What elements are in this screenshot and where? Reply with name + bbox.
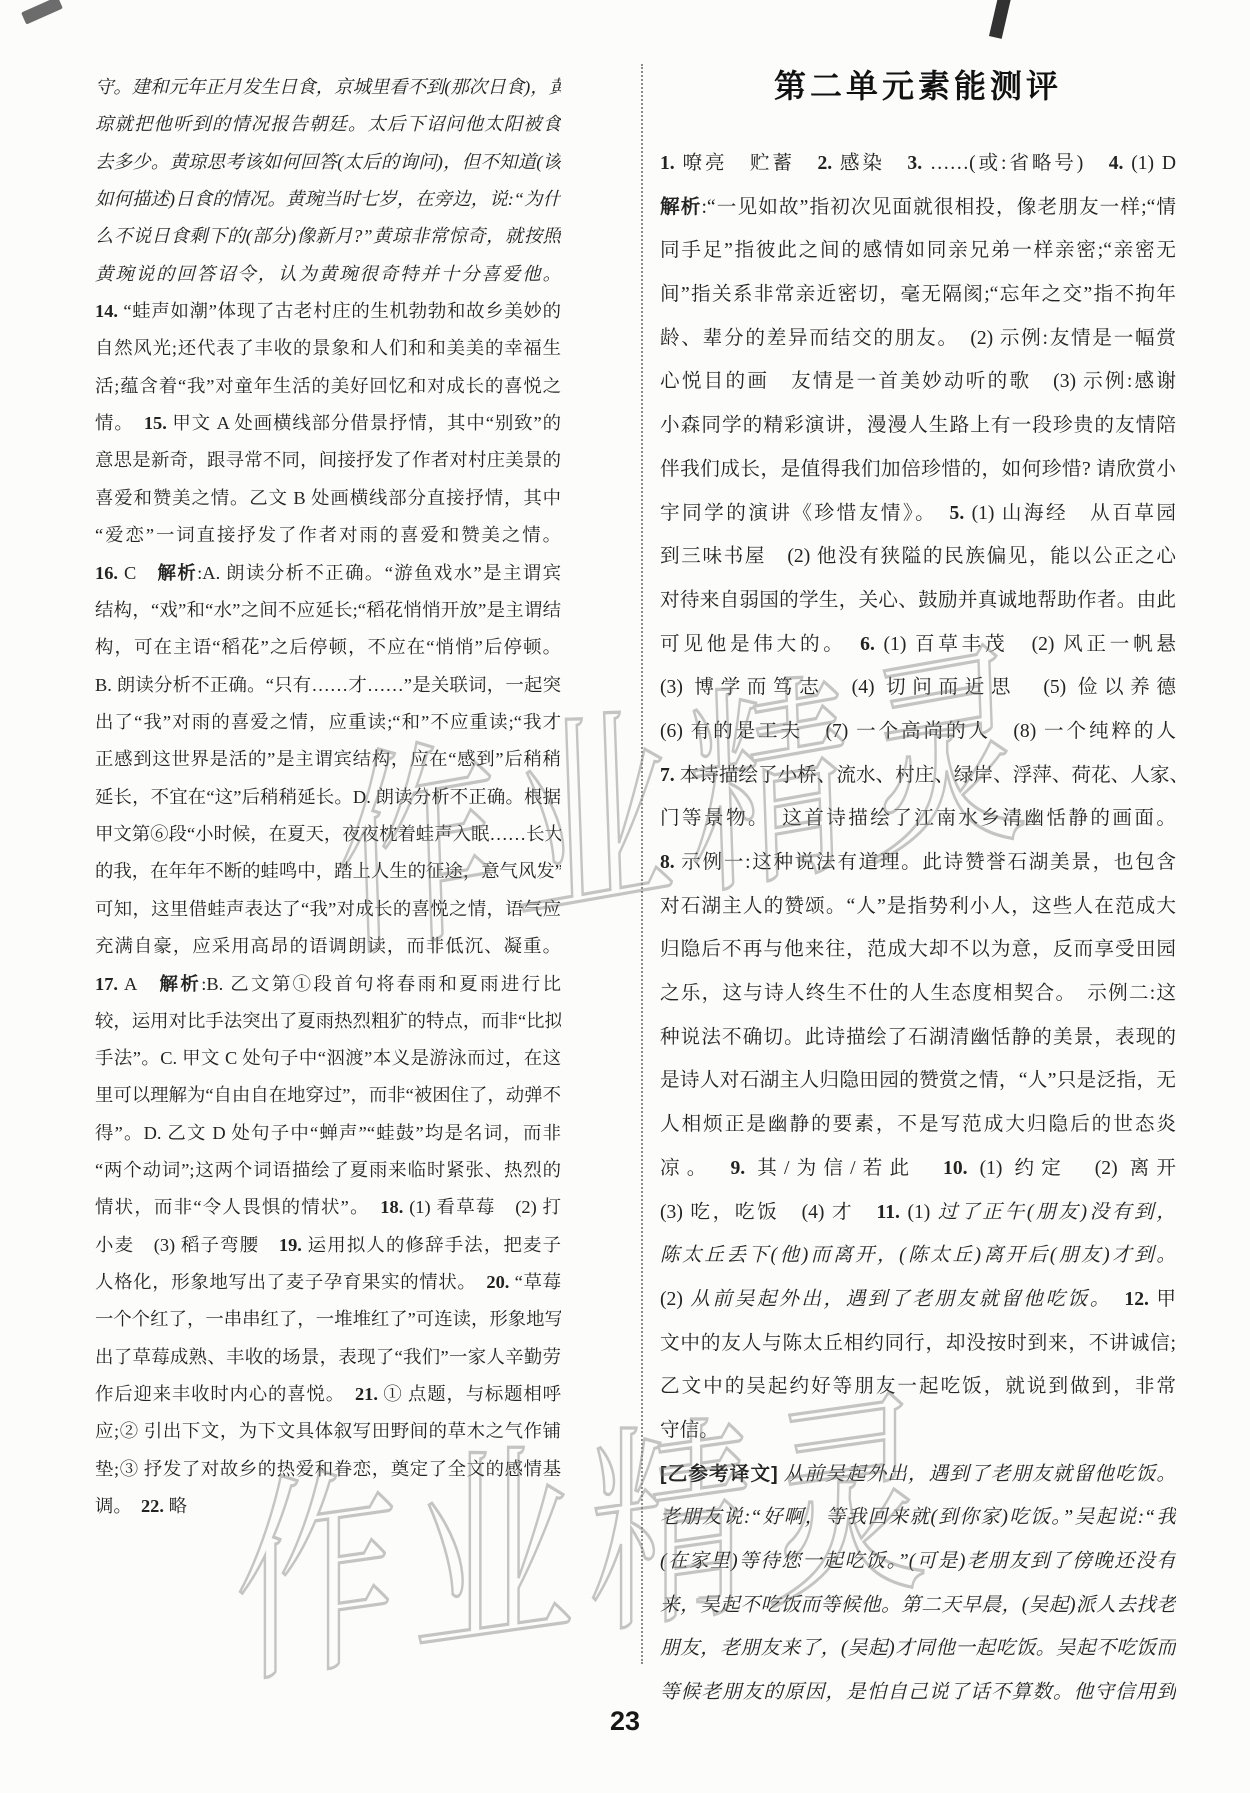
- text-segment: 对石湖主人的赞颂。“人”是指势利小人，这些人在范成大: [660, 896, 1176, 917]
- text-line: 出了草莓成熟、丰收的场景，表现了“我们”一家人辛勤劳: [95, 1339, 561, 1376]
- text-line: 应;② 引出下文，为下文具体叙写田野间的草木之气作铺: [95, 1413, 561, 1450]
- text-segment: 是诗人对石湖主人归隐田园的赞赏之情，“人”只是泛指，无: [660, 1070, 1176, 1091]
- text-segment: 小麦 (3) 稻子弯腰: [95, 1235, 279, 1255]
- text-line: 喜爱和赞美之情。乙文 B 处画横线部分直接抒情，其中: [95, 480, 561, 517]
- text-line: 作后迎来丰收时内心的喜悦。 21. ① 点题，与标题相呼: [95, 1376, 561, 1413]
- text-segment: 22.: [141, 1496, 164, 1516]
- text-segment: 从前吴起外出，遇到了老朋友就留他吃饭。: [784, 1464, 1176, 1485]
- text-segment: 对待来自弱国的学生，关心、鼓励并真诚地帮助作者。由此: [660, 590, 1176, 611]
- text-line: (3) 吃，吃饭 (4) 才 11. (1) 过了正午(朋友)没有到，: [660, 1191, 1176, 1235]
- text-segment: 如何描述)日食的情况。黄琬当时七岁，在旁边，说:“为什: [95, 189, 561, 209]
- text-segment: 12.: [1124, 1289, 1149, 1310]
- text-segment: 应;② 引出下文，为下文具体叙写田野间的草木之气作铺: [95, 1421, 561, 1441]
- text-line: 充满自豪，应采用高昂的语调朗读，而非低沉、凝重。: [95, 928, 561, 965]
- text-segment: 情状，而非“令人畏惧的情状”。: [95, 1197, 380, 1217]
- right-column-lines: 1. 嘹亮 贮蓄 2. 感染 3. ……(或:省略号) 4. (1) D解析:“…: [660, 142, 1176, 1715]
- text-line: 来，吴起不吃饭而等候他。第二天早晨，(吴起)派人去找老: [660, 1584, 1176, 1628]
- text-line: 意思是新奇，跟寻常不同，间接抒发了作者对村庄美景的: [95, 442, 561, 479]
- text-segment: (2): [660, 1289, 690, 1310]
- text-segment: (1) D: [1123, 153, 1176, 174]
- text-segment: A: [118, 974, 160, 994]
- text-segment: 7.: [660, 765, 675, 786]
- text-segment: 19.: [279, 1235, 302, 1255]
- text-segment: 延长，不宜在“这”后稍稍延长。D. 朗读分析不正确。根据: [95, 787, 561, 807]
- text-segment: 去多少。黄琼思考该如何回答(太后的询问)，但不知道(该: [95, 152, 561, 172]
- text-segment: 的我，在年年不断的蛙鸣中，踏上人生的征途，意气风发”: [95, 861, 561, 881]
- text-line: 凉。 9. 其/为信/若此 10. (1) 约定 (2) 离开: [660, 1147, 1176, 1191]
- text-segment: 守信。: [660, 1420, 719, 1441]
- text-line: 琼就把他听到的情况报告朝廷。太后下诏问他太阳被食: [95, 106, 561, 143]
- text-segment: 出了草莓成熟、丰收的场景，表现了“我们”一家人辛勤劳: [95, 1347, 561, 1367]
- text-segment: 间”指关系非常亲近密切，毫无隔阂;“忘年之交”指不拘年: [660, 284, 1176, 305]
- text-segment: (3) 博学而笃志 (4) 切问而近思 (5) 俭以养德: [660, 677, 1176, 698]
- text-segment: “爱恋”一词直接抒发了作者对雨的喜爱和赞美之情。: [95, 525, 561, 545]
- text-segment: “草莓: [509, 1272, 561, 1292]
- text-line: 人格化，形象地写出了麦子孕育果实的情状。 20. “草莓: [95, 1264, 561, 1301]
- text-segment: C: [118, 563, 158, 583]
- text-segment: 朋友，老朋友来了，(吴起)才同他一起吃饭。吴起不吃饭而: [660, 1638, 1176, 1659]
- text-segment: 里可以理解为“自由自在地穿过”，而非“被困住了，动弹不: [95, 1085, 561, 1105]
- text-segment: 小森同学的精彩演讲，漫漫人生路上有一段珍贵的友情陪: [660, 415, 1176, 436]
- text-line: 可见他是伟大的。 6. (1) 百草丰茂 (2) 风正一帆悬: [660, 623, 1176, 667]
- text-segment: “两个动词”;这两个词语描绘了夏雨来临时紧张、热烈的: [95, 1160, 561, 1180]
- text-line: 的我，在年年不断的蛙鸣中，踏上人生的征途，意气风发”: [95, 853, 561, 890]
- text-segment: 一个个红了，一串串红了，一堆堆红了”可连读，形象地写: [95, 1309, 561, 1329]
- section-title: 第二单元素能测评: [660, 64, 1176, 108]
- text-segment: 20.: [486, 1272, 509, 1292]
- text-line: B. 朗读分析不正确。“只有……才……”是关联词，一起突: [95, 667, 561, 704]
- text-segment: 较，运用对比手法突出了夏雨热烈粗犷的特点，而非“比拟: [95, 1011, 561, 1031]
- text-segment: 黄琬说的回答诏令，认为黄琬很奇特并十分喜爱他。: [95, 264, 561, 284]
- text-line: 较，运用对比手法突出了夏雨热烈粗犷的特点，而非“比拟: [95, 1003, 561, 1040]
- text-segment: 构，可在主语“稻花”之后停顿，不应在“悄悄”后停顿。: [95, 637, 561, 657]
- text-line: 活;蕴含着“我”对童年生活的美好回忆和对成长的喜悦之: [95, 368, 561, 405]
- text-line: 到三味书屋 (2) 他没有狭隘的民族偏见，能以公正之心: [660, 535, 1176, 579]
- text-line: 8. 示例一:这种说法有道理。此诗赞誉石湖美景，也包含: [660, 841, 1176, 885]
- text-line: 对石湖主人的赞颂。“人”是指势利小人，这些人在范成大: [660, 885, 1176, 929]
- text-line: [乙参考译文] 从前吴起外出，遇到了老朋友就留他吃饭。: [660, 1453, 1176, 1497]
- text-line: 归隐后不再与他来往，范成大却不以为意，反而享受田园: [660, 928, 1176, 972]
- text-segment: 9.: [730, 1158, 745, 1179]
- text-segment: 出了“我”对雨的喜爱之情，应重读;“和”不应重读;“我才: [95, 712, 561, 732]
- text-segment: 陈太丘丢下(他)而离开，(陈太丘)离开后(朋友)才到。: [660, 1245, 1176, 1266]
- text-line: 如何描述)日食的情况。黄琬当时七岁，在旁边，说:“为什: [95, 181, 561, 218]
- text-line: 陈太丘丢下(他)而离开，(陈太丘)离开后(朋友)才到。: [660, 1234, 1176, 1278]
- text-line: 宇同学的演讲《珍惜友情》。 5. (1) 山海经 从百草园: [660, 492, 1176, 536]
- text-line: 手法”。C. 甲文 C 处句子中“泅渡”本义是游泳而过，在这: [95, 1040, 561, 1077]
- text-line: 人相烦正是幽静的要素，不是写范成大归隐后的世态炎: [660, 1103, 1176, 1147]
- text-line: 延长，不宜在“这”后稍稍延长。D. 朗读分析不正确。根据: [95, 779, 561, 816]
- text-line: 正感到这世界是活的”是主谓宾结构，应在“感到”后稍稍: [95, 741, 561, 778]
- text-segment: 解析: [660, 196, 701, 218]
- text-segment: 乙文中的吴起约好等朋友一起吃饭，就说到做到，非常: [660, 1376, 1176, 1397]
- text-line: 么不说日食剩下的(部分)像新月?”黄琼非常惊奇，就按照: [95, 218, 561, 255]
- text-segment: 过了正午(朋友)没有到，: [938, 1202, 1176, 1223]
- text-segment: [1102, 1289, 1124, 1310]
- text-segment: 解析: [158, 562, 198, 583]
- text-line: 小麦 (3) 稻子弯腰 19. 运用拟人的修辞手法，把麦子: [95, 1227, 561, 1264]
- text-segment: 可知，这里借蛙声表达了“我”对成长的喜悦之情，语气应: [95, 899, 561, 919]
- text-segment: 么不说日食剩下的(部分)像新月?”黄琼非常惊奇，就按照: [95, 226, 561, 246]
- text-segment: ……(或:省略号): [922, 153, 1109, 174]
- text-line: 16. C 解析:A. 朗读分析不正确。“游鱼戏水”是主谓宾: [95, 554, 561, 591]
- text-segment: 凉。: [660, 1158, 730, 1179]
- text-line: 守信。: [660, 1409, 1176, 1453]
- text-segment: 门等景物。 这首诗描绘了江南水乡清幽恬静的画面。: [660, 808, 1176, 829]
- text-line: 里可以理解为“自由自在地穿过”，而非“被困住了，动弹不: [95, 1077, 561, 1114]
- text-line: 得”。D. 乙文 D 处句子中“蝉声”“蛙鼓”均是名词，而非: [95, 1115, 561, 1152]
- text-segment: [乙参考译文]: [660, 1463, 778, 1485]
- text-line: 1. 嘹亮 贮蓄 2. 感染 3. ……(或:省略号) 4. (1) D: [660, 142, 1176, 186]
- text-line: (在家里)等待您一起吃饭。”(可是)老朋友到了傍晚还没有: [660, 1540, 1176, 1584]
- text-segment: 8.: [660, 852, 675, 873]
- text-line: 朋友，老朋友来了，(吴起)才同他一起吃饭。吴起不吃饭而: [660, 1627, 1176, 1671]
- text-line: 14. “蛙声如潮”体现了古老村庄的生机勃勃和故乡美妙的: [95, 293, 561, 330]
- text-segment: 龄、辈分的差异而结交的朋友。 (2) 示例:友情是一幅赏: [660, 328, 1176, 349]
- text-segment: “蛙声如潮”体现了古老村庄的生机勃勃和故乡美妙的: [118, 301, 561, 321]
- text-line: (2) 从前吴起外出，遇到了老朋友就留他吃饭。 12. 甲: [660, 1278, 1176, 1322]
- text-segment: 之乐，这与诗人终生不仕的人生态度相契合。 示例二:这: [660, 983, 1176, 1004]
- text-segment: 得”。D. 乙文 D 处句子中“蝉声”“蛙鼓”均是名词，而非: [95, 1123, 561, 1143]
- text-segment: 11.: [876, 1202, 899, 1223]
- text-segment: 喜爱和赞美之情。乙文 B 处画横线部分直接抒情，其中: [95, 488, 561, 508]
- text-segment: 1.: [660, 153, 675, 174]
- right-column: 第二单元素能测评 1. 嘹亮 贮蓄 2. 感染 3. ……(或:省略号) 4. …: [660, 64, 1176, 1715]
- text-line: 之乐，这与诗人终生不仕的人生态度相契合。 示例二:这: [660, 972, 1176, 1016]
- text-line: 结构，“戏”和“水”之间不应延长;“稻花悄悄开放”是主谓结: [95, 592, 561, 629]
- text-line: 间”指关系非常亲近密切，毫无隔阂;“忘年之交”指不拘年: [660, 273, 1176, 317]
- text-segment: (6) 有的是工夫 (7) 一个高尚的人 (8) 一个纯粹的人: [660, 721, 1176, 742]
- text-segment: 同手足”指彼此之间的感情如同亲兄弟一样亲密;“亲密无: [660, 240, 1176, 261]
- text-segment: 4.: [1109, 153, 1124, 174]
- text-segment: 从前吴起外出，遇到了老朋友就留他吃饭。: [690, 1289, 1102, 1310]
- text-segment: (1) 看草莓 (2) 打: [403, 1197, 561, 1217]
- column-divider: [641, 64, 643, 1664]
- text-segment: 琼就把他听到的情况报告朝廷。太后下诏问他太阳被食: [95, 114, 561, 134]
- text-segment: 到三味书屋 (2) 他没有狭隘的民族偏见，能以公正之心: [660, 546, 1176, 567]
- text-line: 黄琬说的回答诏令，认为黄琬很奇特并十分喜爱他。: [95, 256, 561, 293]
- text-segment: 可见他是伟大的。: [660, 634, 860, 655]
- text-segment: 正感到这世界是活的”是主谓宾结构，应在“感到”后稍稍: [95, 749, 561, 769]
- text-segment: 略: [164, 1496, 187, 1516]
- text-line: 对待来自弱国的学生，关心、鼓励并真诚地帮助作者。由此: [660, 579, 1176, 623]
- text-segment: 人相烦正是幽静的要素，不是写范成大归隐后的世态炎: [660, 1114, 1176, 1135]
- text-segment: 文中的友人与陈太丘相约同行，却没按时到来，不讲诚信;: [660, 1333, 1176, 1354]
- text-segment: 5.: [950, 503, 965, 524]
- text-line: 伴我们成长，是值得我们加倍珍惜的，如何珍惜? 请欣赏小: [660, 448, 1176, 492]
- text-segment: 运用拟人的修辞手法，把麦子: [302, 1235, 561, 1255]
- text-line: 自然风光;还代表了丰收的景象和人们和和美美的幸福生: [95, 330, 561, 367]
- text-segment: 活;蕴含着“我”对童年生活的美好回忆和对成长的喜悦之: [95, 376, 561, 396]
- page-number: 23: [0, 1706, 1250, 1737]
- text-segment: 甲文第⑥段“小时候，在夏天，夜夜枕着蛙声入眠……长大: [95, 824, 561, 844]
- text-segment: (1) 百草丰茂 (2) 风正一帆悬: [875, 634, 1176, 655]
- text-segment: :“一见如故”指初次见面就很相投，像老朋友一样;“情: [701, 197, 1176, 218]
- text-segment: 来，吴起不吃饭而等候他。第二天早晨，(吴起)派人去找老: [660, 1595, 1176, 1616]
- text-line: 情。 15. 甲文 A 处画横线部分借景抒情，其中“别致”的: [95, 405, 561, 442]
- text-segment: 等候老朋友的原因，是怕自己说了话不算数。他守信用到: [660, 1682, 1176, 1703]
- text-line: 17. A 解析:B. 乙文第①段首句将春雨和夏雨进行比: [95, 965, 561, 1002]
- text-line: “爱恋”一词直接抒发了作者对雨的喜爱和赞美之情。: [95, 517, 561, 554]
- text-line: 一个个红了，一串串红了，一堆堆红了”可连读，形象地写: [95, 1301, 561, 1338]
- text-line: 解析:“一见如故”指初次见面就很相投，像老朋友一样;“情: [660, 186, 1176, 230]
- text-segment: (在家里)等待您一起吃饭。”(可是)老朋友到了傍晚还没有: [660, 1551, 1176, 1572]
- text-segment: 人格化，形象地写出了麦子孕育果实的情状。: [95, 1272, 486, 1292]
- text-line: 是诗人对石湖主人归隐田园的赞赏之情，“人”只是泛指，无: [660, 1059, 1176, 1103]
- text-segment: 17.: [95, 974, 118, 994]
- text-line: 7. 本诗描绘了小桥、流水、村庄、绿岸、浮萍、荷花、人家、院: [660, 754, 1176, 798]
- text-segment: (1): [900, 1202, 938, 1223]
- scan-artifact-top-left: [21, 0, 63, 25]
- text-line: 心悦目的画 友情是一首美妙动听的歌 (3) 示例:感谢: [660, 360, 1176, 404]
- text-segment: 甲文 A 处画横线部分借景抒情，其中“别致”的: [167, 413, 561, 433]
- text-line: 情状，而非“令人畏惧的情状”。 18. (1) 看草莓 (2) 打: [95, 1189, 561, 1226]
- scan-artifact-top-right: [989, 0, 1012, 39]
- text-line: 文中的友人与陈太丘相约同行，却没按时到来，不讲诚信;: [660, 1322, 1176, 1366]
- text-segment: 3.: [907, 153, 922, 174]
- text-segment: :A. 朗读分析不正确。“游鱼戏水”是主谓宾: [197, 563, 561, 583]
- text-line: 乙文中的吴起约好等朋友一起吃饭，就说到做到，非常: [660, 1365, 1176, 1409]
- text-line: (3) 博学而笃志 (4) 切问而近思 (5) 俭以养德: [660, 666, 1176, 710]
- text-line: 守。建和元年正月发生日食，京城里看不到(那次日食)，黄: [95, 69, 561, 106]
- text-segment: 甲: [1149, 1289, 1176, 1310]
- text-segment: 解析: [160, 973, 202, 994]
- text-line: “两个动词”;这两个词语描绘了夏雨来临时紧张、热烈的: [95, 1152, 561, 1189]
- text-segment: 16.: [95, 563, 118, 583]
- text-segment: 结构，“戏”和“水”之间不应延长;“稻花悄悄开放”是主谓结: [95, 600, 561, 620]
- text-line: 老朋友说:“好啊，等我回来就(到你家)吃饭。”吴起说:“我: [660, 1496, 1176, 1540]
- text-line: 去多少。黄琼思考该如何回答(太后的询问)，但不知道(该: [95, 144, 561, 181]
- text-line: 可知，这里借蛙声表达了“我”对成长的喜悦之情，语气应: [95, 891, 561, 928]
- text-segment: 6.: [860, 634, 875, 655]
- text-segment: 作后迎来丰收时内心的喜悦。: [95, 1384, 355, 1404]
- text-line: 调。 22. 略: [95, 1488, 561, 1525]
- text-segment: 14.: [95, 301, 118, 321]
- text-segment: 宇同学的演讲《珍惜友情》。: [660, 503, 950, 524]
- text-line: 小森同学的精彩演讲，漫漫人生路上有一段珍贵的友情陪: [660, 404, 1176, 448]
- text-segment: 15.: [144, 413, 167, 433]
- text-segment: (1) 约定 (2) 离开: [968, 1158, 1176, 1179]
- text-line: 构，可在主语“稻花”之后停顿，不应在“悄悄”后停顿。: [95, 629, 561, 666]
- text-segment: 10.: [943, 1158, 968, 1179]
- text-segment: 种说法不确切。此诗描绘了石湖清幽恬静的美景，表现的: [660, 1027, 1176, 1048]
- text-segment: 老朋友说:“好啊，等我回来就(到你家)吃饭。”吴起说:“我: [660, 1507, 1176, 1528]
- text-segment: 意思是新奇，跟寻常不同，间接抒发了作者对村庄美景的: [95, 450, 561, 470]
- text-segment: B. 朗读分析不正确。“只有……才……”是关联词，一起突: [95, 675, 561, 695]
- text-segment: 21.: [355, 1384, 378, 1404]
- text-segment: 情。: [95, 413, 144, 433]
- text-segment: ① 点题，与标题相呼: [378, 1384, 561, 1404]
- text-segment: 伴我们成长，是值得我们加倍珍惜的，如何珍惜? 请欣赏小: [660, 459, 1176, 480]
- text-line: 种说法不确切。此诗描绘了石湖清幽恬静的美景，表现的: [660, 1016, 1176, 1060]
- text-segment: (3) 吃，吃饭 (4) 才: [660, 1202, 876, 1223]
- text-segment: 充满自豪，应采用高昂的语调朗读，而非低沉、凝重。: [95, 936, 561, 956]
- text-segment: (1) 山海经 从百草园: [964, 503, 1176, 524]
- text-segment: 其/为信/若此: [745, 1158, 943, 1179]
- text-line: 垫;③ 抒发了对故乡的热爱和眷恋，奠定了全文的感情基: [95, 1451, 561, 1488]
- text-segment: 归隐后不再与他来往，范成大却不以为意，反而享受田园: [660, 939, 1176, 960]
- text-segment: 示例一:这种说法有道理。此诗赞誉石湖美景，也包含: [675, 852, 1176, 873]
- text-line: 龄、辈分的差异而结交的朋友。 (2) 示例:友情是一幅赏: [660, 317, 1176, 361]
- text-segment: 18.: [380, 1197, 403, 1217]
- text-segment: 调。: [95, 1496, 141, 1516]
- text-segment: 垫;③ 抒发了对故乡的热爱和眷恋，奠定了全文的感情基: [95, 1459, 561, 1479]
- text-line: 门等景物。 这首诗描绘了江南水乡清幽恬静的画面。: [660, 797, 1176, 841]
- text-segment: 嘹亮 贮蓄: [675, 153, 818, 174]
- text-segment: 本诗描绘了小桥、流水、村庄、绿岸、浮萍、荷花、人家、院: [675, 765, 1176, 786]
- text-segment: 手法”。C. 甲文 C 处句子中“泅渡”本义是游泳而过，在这: [95, 1048, 561, 1068]
- text-line: (6) 有的是工夫 (7) 一个高尚的人 (8) 一个纯粹的人: [660, 710, 1176, 754]
- text-segment: :B. 乙文第①段首句将春雨和夏雨进行比: [201, 974, 561, 994]
- text-segment: 心悦目的画 友情是一首美妙动听的歌 (3) 示例:感谢: [660, 371, 1176, 392]
- text-segment: 感染: [832, 153, 907, 174]
- text-line: 甲文第⑥段“小时候，在夏天，夜夜枕着蛙声入眠……长大: [95, 816, 561, 853]
- text-segment: 2.: [817, 153, 832, 174]
- answer-key-page: 作业精灵 作业精灵 守。建和元年正月发生日食，京城里看不到(那次日食)，黄琼就把…: [0, 0, 1250, 1793]
- text-segment: 自然风光;还代表了丰收的景象和人们和和美美的幸福生: [95, 338, 561, 358]
- left-column: 守。建和元年正月发生日食，京城里看不到(那次日食)，黄琼就把他听到的情况报告朝廷…: [95, 69, 561, 1525]
- text-line: 同手足”指彼此之间的感情如同亲兄弟一样亲密;“亲密无: [660, 229, 1176, 273]
- text-line: 出了“我”对雨的喜爱之情，应重读;“和”不应重读;“我才: [95, 704, 561, 741]
- text-segment: 守。建和元年正月发生日食，京城里看不到(那次日食)，黄: [95, 77, 561, 97]
